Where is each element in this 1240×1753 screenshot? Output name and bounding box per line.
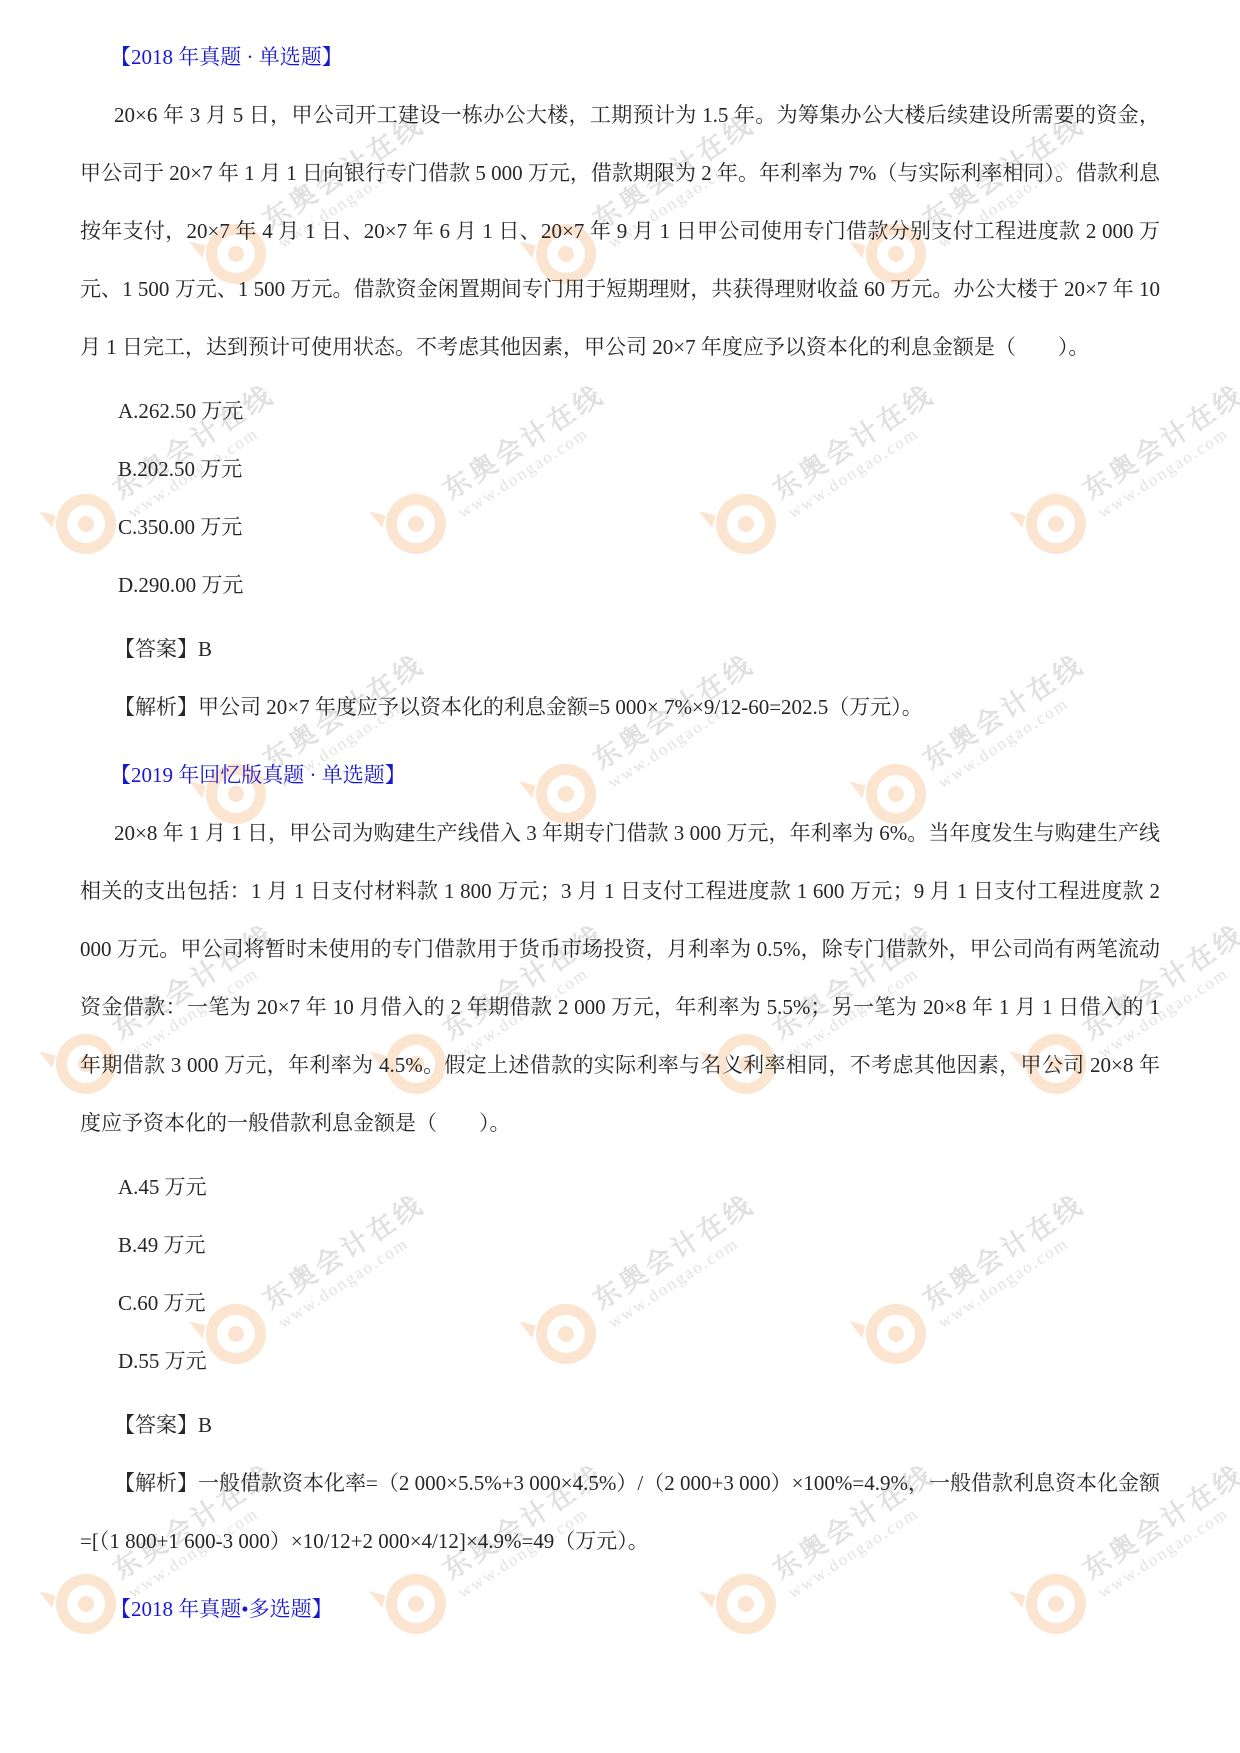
- question-block-2019-single: 【2019 年回忆版真题 · 单选题】 20×8 年 1 月 1 日，甲公司为购…: [80, 746, 1160, 1570]
- answer-line: 【答案】B: [80, 1396, 1160, 1454]
- answer-label: 【答案】: [114, 1413, 198, 1437]
- question-text: 20×8 年 1 月 1 日，甲公司为购建生产线借入 3 年期专门借款 3 00…: [80, 804, 1160, 1152]
- analysis-label: 【解析】: [114, 695, 198, 719]
- analysis-line: 【解析】甲公司 20×7 年度应予以资本化的利息金额=5 000× 7%×9/1…: [80, 678, 1160, 736]
- options-list: A.262.50 万元 B.202.50 万元 C.350.00 万元 D.29…: [80, 382, 1160, 614]
- analysis-text: 甲公司 20×7 年度应予以资本化的利息金额=5 000× 7%×9/12-60…: [198, 695, 923, 719]
- option-c: C.350.00 万元: [80, 498, 1160, 556]
- document-page: 【2018 年真题 · 单选题】 20×6 年 3 月 5 日，甲公司开工建设一…: [0, 0, 1240, 1753]
- answer-line: 【答案】B: [80, 620, 1160, 678]
- option-d: D.290.00 万元: [80, 556, 1160, 614]
- question-text: 20×6 年 3 月 5 日，甲公司开工建设一栋办公大楼，工期预计为 1.5 年…: [80, 86, 1160, 376]
- option-d: D.55 万元: [80, 1332, 1160, 1390]
- option-b: B.202.50 万元: [80, 440, 1160, 498]
- analysis-label: 【解析】: [114, 1471, 198, 1495]
- question-block-2018-single: 【2018 年真题 · 单选题】 20×6 年 3 月 5 日，甲公司开工建设一…: [80, 28, 1160, 736]
- section-header-2018-single: 【2018 年真题 · 单选题】: [80, 28, 1160, 86]
- answer-value: B: [198, 637, 212, 661]
- answer-label: 【答案】: [114, 637, 198, 661]
- analysis-line: 【解析】一般借款资本化率=（2 000×5.5%+3 000×4.5%）/（2 …: [80, 1454, 1160, 1570]
- option-a: A.262.50 万元: [80, 382, 1160, 440]
- answer-value: B: [198, 1413, 212, 1437]
- section-header-2018-multi: 【2018 年真题•多选题】: [80, 1580, 1160, 1638]
- section-header-2019-single: 【2019 年回忆版真题 · 单选题】: [80, 746, 1160, 804]
- option-c: C.60 万元: [80, 1274, 1160, 1332]
- options-list: A.45 万元 B.49 万元 C.60 万元 D.55 万元: [80, 1158, 1160, 1390]
- option-b: B.49 万元: [80, 1216, 1160, 1274]
- option-a: A.45 万元: [80, 1158, 1160, 1216]
- analysis-text: 一般借款资本化率=（2 000×5.5%+3 000×4.5%）/（2 000+…: [80, 1471, 1160, 1553]
